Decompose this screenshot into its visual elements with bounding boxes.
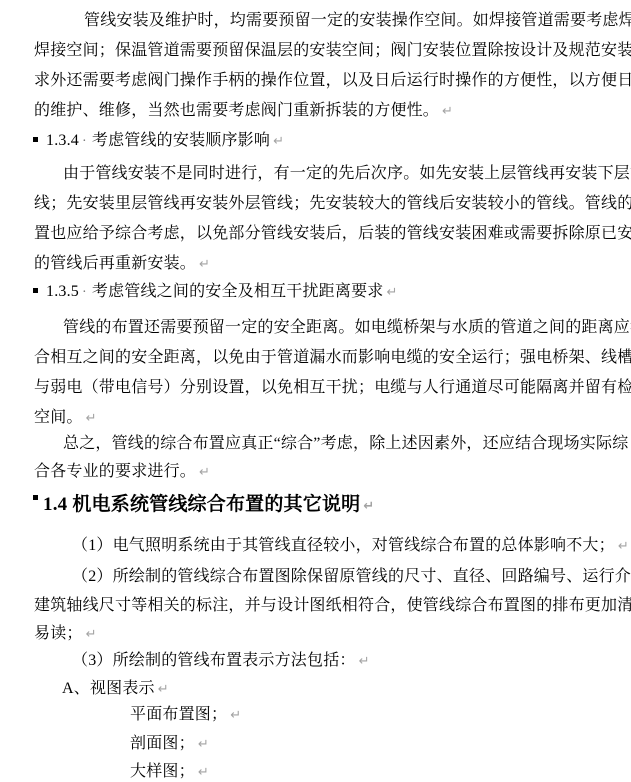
heading-1-3-5: 1.3.5·考虑管线之间的安全及相互干扰距离要求↵ bbox=[33, 281, 398, 304]
body-text: 管线的布置还需要预留一定的安全距离。如电缆桥架与水质的管道之间的距离应符 bbox=[63, 319, 631, 336]
heading-bullet-icon bbox=[33, 137, 38, 142]
body-text: 总之，管线的综合布置应真正“综合”考虑，除上述因素外，还应结合现场实际综 bbox=[63, 435, 628, 452]
body-text: 建筑轴线尺寸等相关的标注，并与设计图纸相符合，使管线综合布置图的排布更加清晰 bbox=[34, 597, 631, 614]
body-text: 线；先安装里层管线再安装外层管线；先安装较大的管线后安装较小的管线。管线的布 bbox=[34, 195, 631, 212]
paragraph-line: 的维护、维修，当然也需要考虑阀门重新拆装的方便性。↵ bbox=[34, 100, 453, 123]
paragraph-line: 焊接空间；保温管道需要预留保温层的安装空间；阀门安装位置除按设计及规范安装要 bbox=[34, 40, 631, 62]
view-list-item: 剖面图；↵ bbox=[130, 733, 209, 756]
paragraph-line: 线；先安装里层管线再安装外层管线；先安装较大的管线后安装较小的管线。管线的布 bbox=[34, 193, 631, 215]
paragraph-mark-icon: ↵ bbox=[86, 627, 97, 642]
paragraph-mark-icon: ↵ bbox=[230, 708, 241, 723]
heading-1-3-4: 1.3.4·考虑管线的安装顺序影响↵ bbox=[33, 130, 284, 153]
body-text: A、视图表示 bbox=[62, 680, 155, 697]
body-text: （2）所绘制的管线综合布置图除保留原管线的尺寸、直径、回路编号、运行介质、 bbox=[72, 568, 631, 585]
heading-title: 机电系统管线综合布置的其它说明 bbox=[72, 494, 360, 515]
paragraph-line: 由于管线安装不是同时进行，有一定的先后次序。如先安装上层管线再安装下层管 bbox=[63, 163, 631, 185]
heading-number: 1.4 bbox=[43, 494, 67, 515]
body-text: 的维护、维修，当然也需要考虑阀门重新拆装的方便性。 bbox=[34, 102, 439, 119]
paragraph-mark-icon: ↵ bbox=[386, 285, 397, 300]
list-item-2: （2）所绘制的管线综合布置图除保留原管线的尺寸、直径、回路编号、运行介质、 bbox=[72, 566, 631, 588]
view-list-item: 平面布置图；↵ bbox=[130, 704, 241, 727]
paragraph-mark-icon: ↵ bbox=[442, 104, 453, 119]
body-text: 置也应给予综合考虑，以免部分管线安装后，后装的管线安装困难或需要拆除原已安装 bbox=[34, 225, 631, 242]
heading-bullet-icon bbox=[33, 495, 38, 500]
heading-title: 考虑管线的安装顺序影响 bbox=[92, 132, 270, 149]
body-text: 管线安装及维护时，均需要预留一定的安装操作空间。如焊接管道需要考虑焊枪的 bbox=[84, 12, 631, 29]
paragraph-line: 管线安装及维护时，均需要预留一定的安装操作空间。如焊接管道需要考虑焊枪的 bbox=[84, 10, 631, 32]
paragraph-mark-icon: ↵ bbox=[199, 465, 210, 480]
body-text: 剖面图； bbox=[130, 735, 195, 752]
paragraph-mark-icon: ↵ bbox=[618, 539, 629, 554]
body-text: 平面布置图； bbox=[130, 706, 227, 723]
body-text: 与弱电（带电信号）分别设置，以免相互干扰；电缆与人行通道尽可能隔离并留有检修 bbox=[34, 379, 631, 396]
body-text: 求外还需要考虑阀门操作手柄的操作位置，以及日后运行时操作的方便性，以方便日后 bbox=[34, 72, 631, 89]
body-text: 由于管线安装不是同时进行，有一定的先后次序。如先安装上层管线再安装下层管 bbox=[63, 165, 631, 182]
paragraph-mark-icon: ↵ bbox=[273, 134, 284, 149]
heading-title: 考虑管线之间的安全及相互干扰距离要求 bbox=[92, 283, 384, 300]
paragraph-mark-icon: ↵ bbox=[359, 654, 370, 669]
paragraph-line: 合各专业的要求进行。↵ bbox=[34, 461, 210, 484]
paragraph-line: 求外还需要考虑阀门操作手柄的操作位置，以及日后运行时操作的方便性，以方便日后 bbox=[34, 70, 631, 92]
body-text: 空间。 bbox=[34, 409, 83, 426]
heading-number: 1.3.5 bbox=[46, 283, 79, 300]
body-text: 焊接空间；保温管道需要预留保温层的安装空间；阀门安装位置除按设计及规范安装要 bbox=[34, 42, 631, 59]
body-text: （3）所绘制的管线布置表示方法包括： bbox=[72, 652, 356, 669]
body-text: 大样图； bbox=[130, 763, 195, 780]
paragraph-line: 合相互之间的安全距离，以免由于管道漏水而影响电缆的安全运行；强电桥架、线槽应 bbox=[34, 347, 631, 369]
paragraph-line: 管线的布置还需要预留一定的安全距离。如电缆桥架与水质的管道之间的距离应符 bbox=[63, 317, 631, 339]
space-marker: · bbox=[82, 134, 87, 149]
body-text: 合各专业的要求进行。 bbox=[34, 463, 196, 480]
word-document-page: 管线安装及维护时，均需要预留一定的安装操作空间。如焊接管道需要考虑焊枪的 焊接空… bbox=[0, 0, 631, 782]
view-list-item: 大样图；↵ bbox=[130, 761, 209, 782]
body-text: （1）电气照明系统由于其管线直径较小，对管线综合布置的总体影响不大； bbox=[72, 537, 615, 554]
view-list-header: A、视图表示↵ bbox=[62, 678, 169, 701]
paragraph-line: 的管线后再重新安装。↵ bbox=[34, 253, 210, 276]
heading-1-4: 1.4机电系统管线综合布置的其它说明↵ bbox=[33, 492, 374, 520]
body-text: 合相互之间的安全距离，以免由于管道漏水而影响电缆的安全运行；强电桥架、线槽应 bbox=[34, 349, 631, 366]
list-item-1: （1）电气照明系统由于其管线直径较小，对管线综合布置的总体影响不大；↵ bbox=[72, 535, 629, 558]
paragraph-line: 总之，管线的综合布置应真正“综合”考虑，除上述因素外，还应结合现场实际综 bbox=[63, 433, 628, 455]
paragraph-mark-icon: ↵ bbox=[198, 765, 209, 780]
space-marker: · bbox=[82, 285, 87, 300]
paragraph-mark-icon: ↵ bbox=[86, 411, 97, 426]
paragraph-line: 空间。↵ bbox=[34, 407, 97, 430]
list-item-3: （3）所绘制的管线布置表示方法包括：↵ bbox=[72, 650, 370, 673]
paragraph-mark-icon: ↵ bbox=[158, 682, 169, 697]
paragraph-line: 与弱电（带电信号）分别设置，以免相互干扰；电缆与人行通道尽可能隔离并留有检修 bbox=[34, 377, 631, 399]
paragraph-line: 易读；↵ bbox=[34, 623, 97, 646]
body-text: 易读； bbox=[34, 625, 83, 642]
heading-bullet-icon bbox=[33, 288, 38, 293]
paragraph-line: 建筑轴线尺寸等相关的标注，并与设计图纸相符合，使管线综合布置图的排布更加清晰 bbox=[34, 595, 631, 617]
paragraph-mark-icon: ↵ bbox=[363, 499, 374, 514]
paragraph-mark-icon: ↵ bbox=[199, 257, 210, 272]
body-text: 的管线后再重新安装。 bbox=[34, 255, 196, 272]
paragraph-mark-icon: ↵ bbox=[198, 737, 209, 752]
heading-number: 1.3.4 bbox=[46, 132, 79, 149]
paragraph-line: 置也应给予综合考虑，以免部分管线安装后，后装的管线安装困难或需要拆除原已安装 bbox=[34, 223, 631, 245]
